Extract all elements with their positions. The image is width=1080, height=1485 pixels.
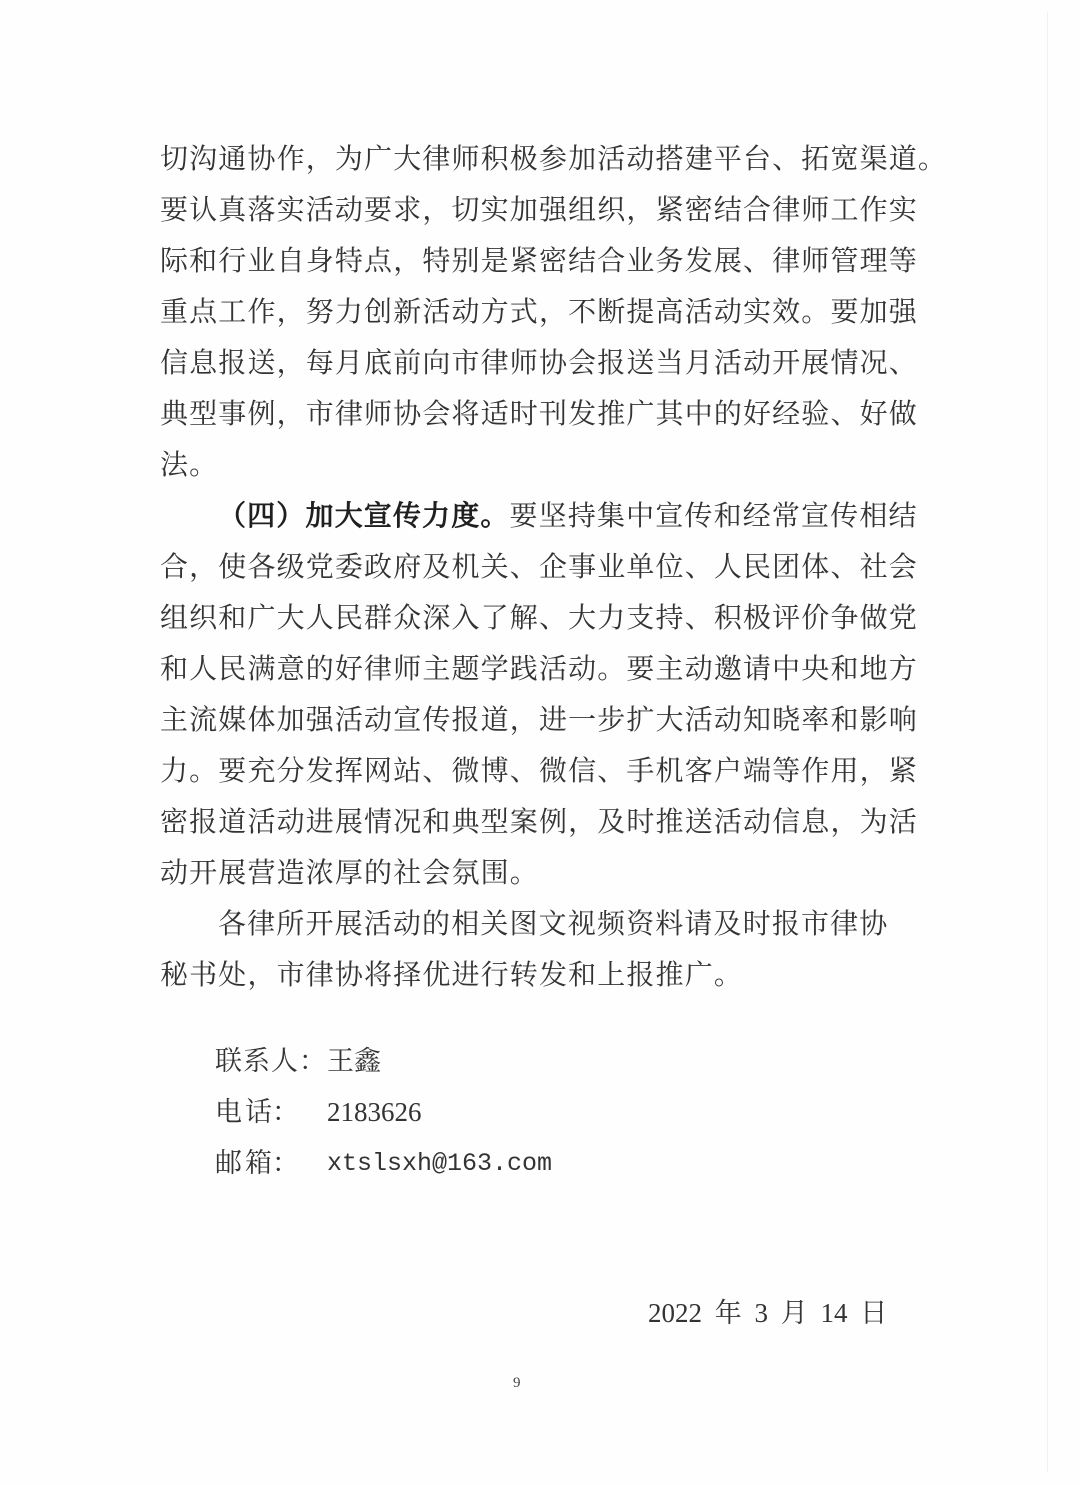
text-line: 秘书处，市律协将择优进行转发和上报推广。 bbox=[160, 949, 892, 1000]
text-line: 和人民满意的好律师主题学践活动。要主动邀请中央和地方 bbox=[160, 643, 892, 694]
paragraph-materials: 各律所开展活动的相关图文视频资料请及时报市律协 秘书处，市律协将择优进行转发和上… bbox=[160, 898, 892, 1000]
label-char: 话： bbox=[245, 1087, 299, 1138]
text-line-first: 各律所开展活动的相关图文视频资料请及时报市律协 bbox=[160, 898, 892, 949]
text-line: 动开展营造浓厚的社会氛围。 bbox=[160, 847, 892, 898]
text-line: 切沟通协作，为广大律师积极参加活动搭建平台、拓宽渠道。 bbox=[160, 133, 892, 184]
text-line: 密报道活动进展情况和典型案例，及时推送活动信息，为活 bbox=[160, 796, 892, 847]
label-char: 邮 bbox=[215, 1138, 242, 1189]
text-line: 组织和广大人民群众深入了解、大力支持、积极评价争做党 bbox=[160, 592, 892, 643]
text-line: 际和行业自身特点，特别是紧密结合业务发展、律师管理等 bbox=[160, 235, 892, 286]
contact-phone-value: 2183626 bbox=[327, 1087, 422, 1138]
text-span: 要坚持集中宣传和经常宣传相结 bbox=[510, 499, 918, 532]
contact-email-label: 邮 箱： bbox=[215, 1138, 299, 1189]
text-line-first: （四）加大宣传力度。要坚持集中宣传和经常宣传相结 bbox=[160, 490, 892, 541]
text-line: 合，使各级党委政府及机关、企事业单位、人民团体、社会 bbox=[160, 541, 892, 592]
text-line: 要认真落实活动要求，切实加强组织，紧密结合律师工作实 bbox=[160, 184, 892, 235]
contact-block: 联系人： 王鑫 电 话： 2183626 邮 箱： xtslsxh@163.co… bbox=[215, 1036, 552, 1189]
contact-phone-row: 电 话： 2183626 bbox=[215, 1087, 552, 1138]
page-number: 9 bbox=[513, 1375, 521, 1392]
document-page: 切沟通协作，为广大律师积极参加活动搭建平台、拓宽渠道。 要认真落实活动要求，切实… bbox=[0, 0, 1080, 1485]
text-line: 典型事例，市律师协会将适时刊发推广其中的好经验、好做 bbox=[160, 388, 892, 439]
text-line: 重点工作，努力创新活动方式，不断提高活动实效。要加强 bbox=[160, 286, 892, 337]
contact-person-value: 王鑫 bbox=[327, 1036, 381, 1087]
text-line: 信息报送，每月底前向市律师协会报送当月活动开展情况、 bbox=[160, 337, 892, 388]
scan-edge-line bbox=[1047, 12, 1048, 1472]
document-body: 切沟通协作，为广大律师积极参加活动搭建平台、拓宽渠道。 要认真落实活动要求，切实… bbox=[160, 133, 892, 1000]
contact-person-label: 联系人： bbox=[215, 1036, 327, 1087]
text-line: 力。要充分发挥网站、微博、微信、手机客户端等作用，紧 bbox=[160, 745, 892, 796]
contact-person-row: 联系人： 王鑫 bbox=[215, 1036, 552, 1087]
label-char: 箱： bbox=[245, 1138, 299, 1189]
section-heading: （四）加大宣传力度。 bbox=[218, 499, 510, 532]
text-line: 法。 bbox=[160, 439, 892, 490]
contact-phone-label: 电 话： bbox=[215, 1087, 299, 1138]
text-line: 主流媒体加强活动宣传报道，进一步扩大活动知晓率和影响 bbox=[160, 694, 892, 745]
document-date: 2022 年 3 月 14 日 bbox=[648, 1288, 887, 1338]
paragraph-continuation: 切沟通协作，为广大律师积极参加活动搭建平台、拓宽渠道。 要认真落实活动要求，切实… bbox=[160, 133, 892, 490]
contact-email-row: 邮 箱： xtslsxh@163.com bbox=[215, 1138, 552, 1189]
label-char: 电 bbox=[215, 1087, 242, 1138]
paragraph-publicity: （四）加大宣传力度。要坚持集中宣传和经常宣传相结 合，使各级党委政府及机关、企事… bbox=[160, 490, 892, 898]
contact-email-value: xtslsxh@163.com bbox=[327, 1138, 552, 1189]
